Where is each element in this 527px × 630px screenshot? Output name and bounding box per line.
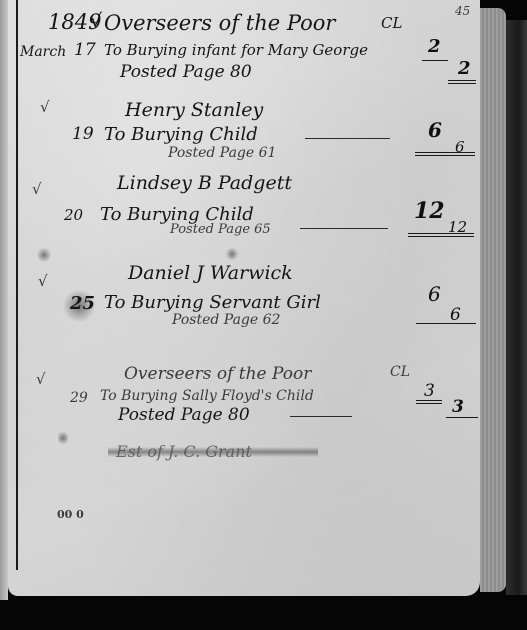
entry-5-amount-double-underline [416,403,442,404]
page-stack-edges [480,8,506,592]
entry-5-account: Overseers of the Poor [124,364,311,384]
entry-4-amount-carried: 6 [450,305,461,325]
entry-1-carried-underline [448,80,476,81]
entry-3-day: 20 [64,206,83,224]
ink-smudge [225,248,239,260]
entry-4-amount: 6 [428,282,441,306]
entry-1-check: √ [90,10,102,32]
entry-3-account: Lindsey B Padgett [117,172,292,194]
entry-4-description: To Burying Servant Girl [104,292,321,313]
entry-2-day: 19 [72,124,94,144]
entry-5-leader-line [290,416,352,417]
entry-2-carried-underline [415,152,475,153]
entry-1-posted: Posted Page 80 [120,62,252,82]
entry-2-leader-line [305,138,390,139]
entry-5-day: 29 [70,390,88,406]
entry-1-description: To Burying infant for Mary George [104,41,368,59]
ink-smudge [58,430,68,446]
bleed-through-mark: 00 0 [57,508,84,521]
entry-3-leader-line [300,228,388,229]
entry-2-amount-carried: 6 [455,138,465,156]
book-cover [506,20,527,595]
entry-3-posted: Posted Page 65 [170,222,271,237]
entry-1-amount-carried: 2 [458,58,471,79]
entry-1-account: Overseers of the Poor [104,11,335,35]
page-number: 45 [455,4,470,18]
entry-1-day: 17 [74,40,96,60]
entry-1-month: March [20,44,66,60]
entry-4-day: 25 [70,293,95,314]
entry-1-carried-double-underline [448,83,476,84]
entry-1-amount: 2 [428,36,441,57]
entry-5-amount-underline [416,400,442,401]
entry-5-description: To Burying Sally Floyd's Child [100,388,314,404]
entry-5-amount: 3 [424,381,435,401]
margin-rule [16,0,18,570]
entry-2-check: √ [40,98,50,116]
entry-1-account-code: CL [381,14,402,32]
entry-4-account: Daniel J Warwick [128,262,293,284]
ink-smudge [36,248,52,262]
entry-2-amount: 6 [428,118,442,142]
entry-2-description: To Burying Child [104,124,258,145]
entry-2-posted: Posted Page 61 [168,145,276,161]
entry-3-check: √ [32,180,42,198]
entry-4-posted: Posted Page 62 [172,312,280,328]
entry-3-carried-underline [408,233,474,234]
entry-3-carried-double-underline [408,236,474,237]
strike-through-mark [108,447,318,457]
entry-5-account-code: CL [390,364,410,380]
entry-1-amount-underline [422,60,448,61]
entry-4-check: √ [38,272,48,290]
entry-5-carried-underline [446,417,478,418]
entry-5-check: √ [36,370,46,388]
entry-5-amount-carried: 3 [452,397,464,417]
entry-2-carried-double-underline [415,155,475,156]
binding-gutter [0,0,8,600]
entry-2-account: Henry Stanley [125,99,263,121]
entry-5-posted: Posted Page 80 [118,405,250,425]
entry-3-amount: 12 [414,198,445,224]
entry-4-carried-underline [416,323,476,324]
